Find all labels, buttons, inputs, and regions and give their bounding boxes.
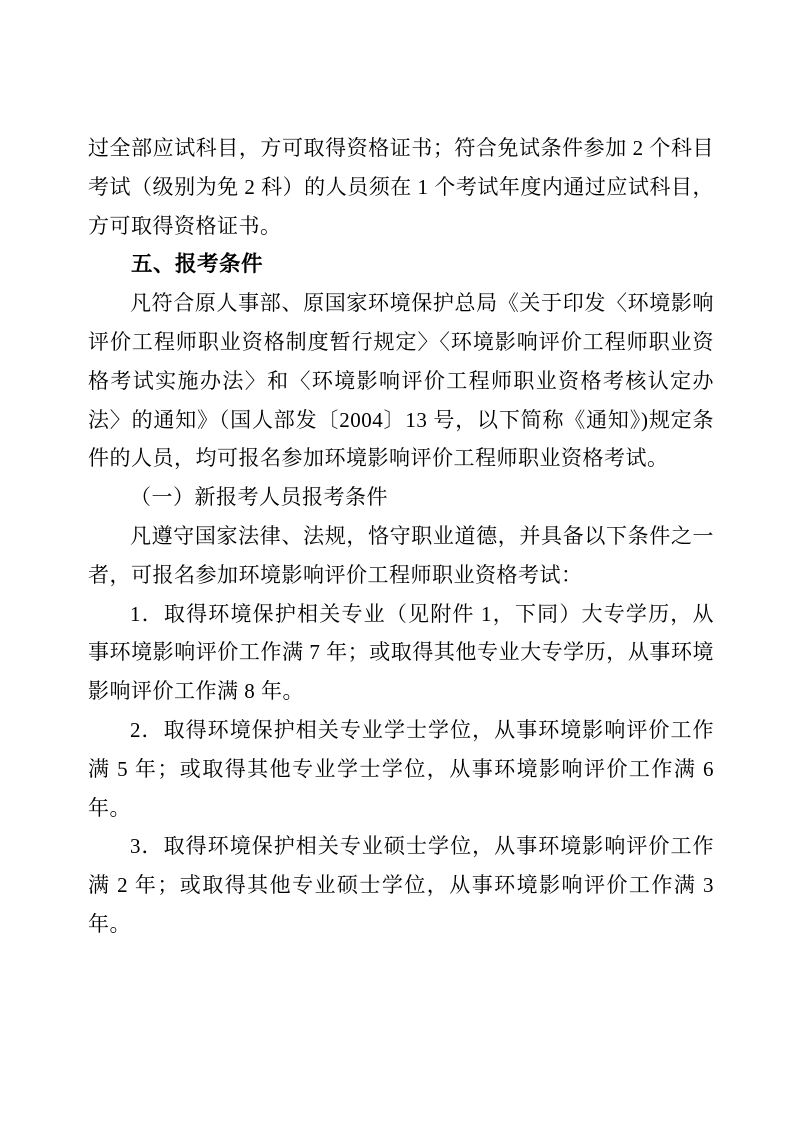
paragraph-general-conditions: 凡遵守国家法律、法规，恪守职业道德，并具备以下条件之一者，可报名参加环境影响评价… <box>88 517 714 595</box>
document-page: 过全部应试科目，方可取得资格证书；符合免试条件参加 2 个科目考试（级别为免 2… <box>0 0 794 1123</box>
section-heading-application-requirements: 五、报考条件 <box>88 245 714 284</box>
paragraph-eligibility-notice: 凡符合原人事部、原国家环境保护总局《关于印发〈环境影响评价工程师职业资格制度暂行… <box>88 284 714 478</box>
paragraph-condition-1: 1．取得环境保护相关专业（见附件 1，下同）大专学历，从事环境影响评价工作满 7… <box>88 595 714 711</box>
paragraph-certificate-continuation: 过全部应试科目，方可取得资格证书；符合免试条件参加 2 个科目考试（级别为免 2… <box>88 129 714 245</box>
subsection-heading-new-applicants: （一）新报考人员报考条件 <box>88 478 714 517</box>
paragraph-condition-3: 3．取得环境保护相关专业硕士学位，从事环境影响评价工作满 2 年；或取得其他专业… <box>88 827 714 943</box>
paragraph-condition-2: 2．取得环境保护相关专业学士学位，从事环境影响评价工作满 5 年；或取得其他专业… <box>88 711 714 827</box>
